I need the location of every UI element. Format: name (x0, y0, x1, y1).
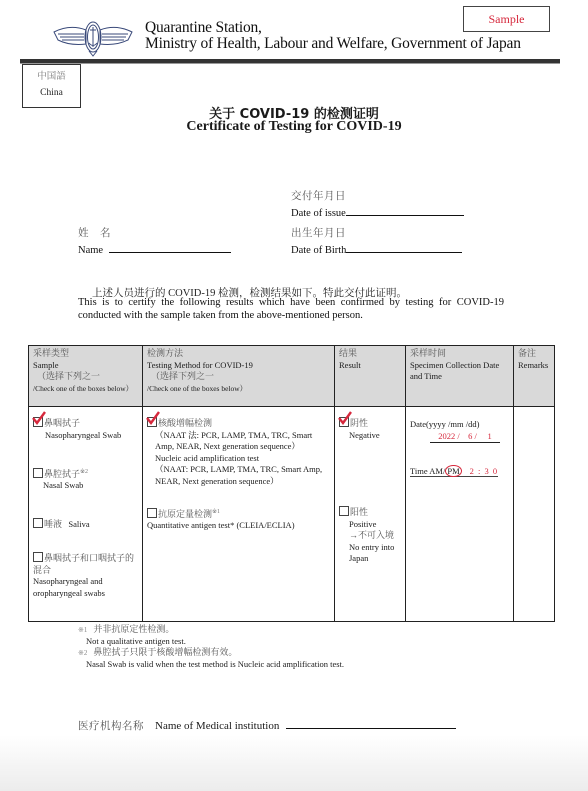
header-collection: 采样时间 Specimen Collection Date and Time (406, 346, 514, 407)
country-box: 中国語 China (22, 64, 81, 108)
collection-time: Time AM/PM2 : 3 0 (410, 465, 509, 478)
sample-option-mixed[interactable]: 鼻咽拭子和口咽拭子的混合 Nasopharyngeal and orophary… (33, 552, 138, 599)
medical-institution-label-en: Name of Medical institution (155, 720, 279, 732)
medical-institution-input[interactable] (286, 727, 456, 729)
checkbox[interactable] (33, 518, 43, 528)
checkbox[interactable] (339, 417, 349, 427)
date-of-birth-field: 出生年月日 Date of Birth (291, 225, 462, 258)
date-of-issue-label-en: Date of issue (291, 208, 346, 219)
quarantine-emblem-icon (50, 18, 136, 58)
collection-date-label: Date(yyyy /mm /dd) (410, 419, 509, 431)
header-result: 结果 Result (335, 346, 406, 407)
table-header-row: 采样类型 Sample （选择下列之一 /Check one of the bo… (29, 346, 555, 407)
collection-date-input[interactable]: 2022 / 6 / 1 (430, 431, 500, 444)
title-en: Certificate of Testing for COVID-19 (0, 119, 588, 135)
sample-stamp: Sample (463, 6, 550, 32)
sample-option-nasal[interactable]: 鼻腔拭子※2 Nasal Swab (33, 467, 138, 492)
date-of-birth-input[interactable] (346, 251, 462, 253)
footnote-2: ※2鼻腔拭子只限于核酸增幅检测有效。 Nasal Swab is valid w… (78, 647, 344, 670)
date-of-issue-field: 交付年月日 Date of issue (291, 188, 464, 221)
collection-time-input[interactable]: 2 : 3 0 (470, 466, 499, 476)
result-option-negative[interactable]: 阴性 Negative (339, 417, 401, 441)
statement-en: This is to certify the following results… (78, 297, 504, 322)
footnote-1: ※1并非抗原定性检测。 Not a qualitative antigen te… (78, 624, 186, 647)
checkbox[interactable] (147, 508, 157, 518)
results-table: 采样类型 Sample （选择下列之一 /Check one of the bo… (28, 345, 554, 622)
checkmark-icon (146, 411, 160, 425)
table-row: 鼻咽拭子 Nasopharyngeal Swab 鼻腔拭子※2 Nasal Sw… (29, 407, 555, 622)
method-option-naat[interactable]: 核酸增幅检测 （NAAT 法: PCR, LAMP, TMA, TRC, Sma… (147, 417, 330, 487)
checkbox[interactable] (33, 468, 43, 478)
result-option-positive[interactable]: 阳性 Positive →不可入境 No entry into Japan (339, 506, 401, 565)
checkbox[interactable] (33, 552, 43, 562)
date-of-birth-label-en: Date of Birth (291, 245, 346, 256)
name-field: 姓 名 Name (78, 225, 231, 258)
checkbox[interactable] (33, 417, 43, 427)
checkmark-icon (338, 411, 352, 425)
result-options: 阴性 Negative 阳性 Positive →不可入境 No entry i… (335, 407, 406, 622)
method-options: 核酸增幅检测 （NAAT 法: PCR, LAMP, TMA, TRC, Sma… (143, 407, 335, 622)
checkbox[interactable] (147, 417, 157, 427)
header-divider (20, 59, 560, 64)
name-input[interactable] (109, 251, 231, 253)
checkbox[interactable] (339, 506, 349, 516)
name-label-zh: 姓 名 (78, 225, 231, 240)
medical-institution-label-zh: 医疗机构名称 (78, 721, 144, 732)
collection-datetime: Date(yyyy /mm /dd) 2022 / 6 / 1 Time AM/… (406, 407, 514, 622)
header-sample: 采样类型 Sample （选择下列之一 /Check one of the bo… (29, 346, 143, 407)
date-of-birth-label-zh: 出生年月日 (291, 225, 462, 240)
sample-option-saliva[interactable]: 唾液 Saliva (33, 518, 138, 531)
medical-institution-field: 医疗机构名称 Name of Medical institution (78, 718, 456, 733)
country-en: China (23, 87, 80, 99)
sample-option-nasopharyngeal[interactable]: 鼻咽拭子 Nasopharyngeal Swab (33, 417, 138, 441)
header-remarks: 备注 Remarks (514, 346, 555, 407)
page-bottom-shadow (0, 735, 588, 791)
remarks-cell[interactable] (514, 407, 555, 622)
checkmark-icon (32, 411, 46, 425)
pm-selected-circle[interactable]: PM (445, 465, 461, 477)
sample-options: 鼻咽拭子 Nasopharyngeal Swab 鼻腔拭子※2 Nasal Sw… (29, 407, 143, 622)
method-option-antigen[interactable]: 抗原定量检测※1 Quantitative antigen test* (CLE… (147, 507, 330, 532)
country-zh: 中国語 (23, 71, 80, 83)
header-method: 检测方法 Testing Method for COVID-19 （选择下列之一… (143, 346, 335, 407)
date-of-issue-label-zh: 交付年月日 (291, 188, 464, 203)
name-label-en: Name (78, 245, 103, 256)
header-title-line2: Ministry of Health, Labour and Welfare, … (145, 36, 521, 52)
date-of-issue-input[interactable] (346, 214, 464, 216)
